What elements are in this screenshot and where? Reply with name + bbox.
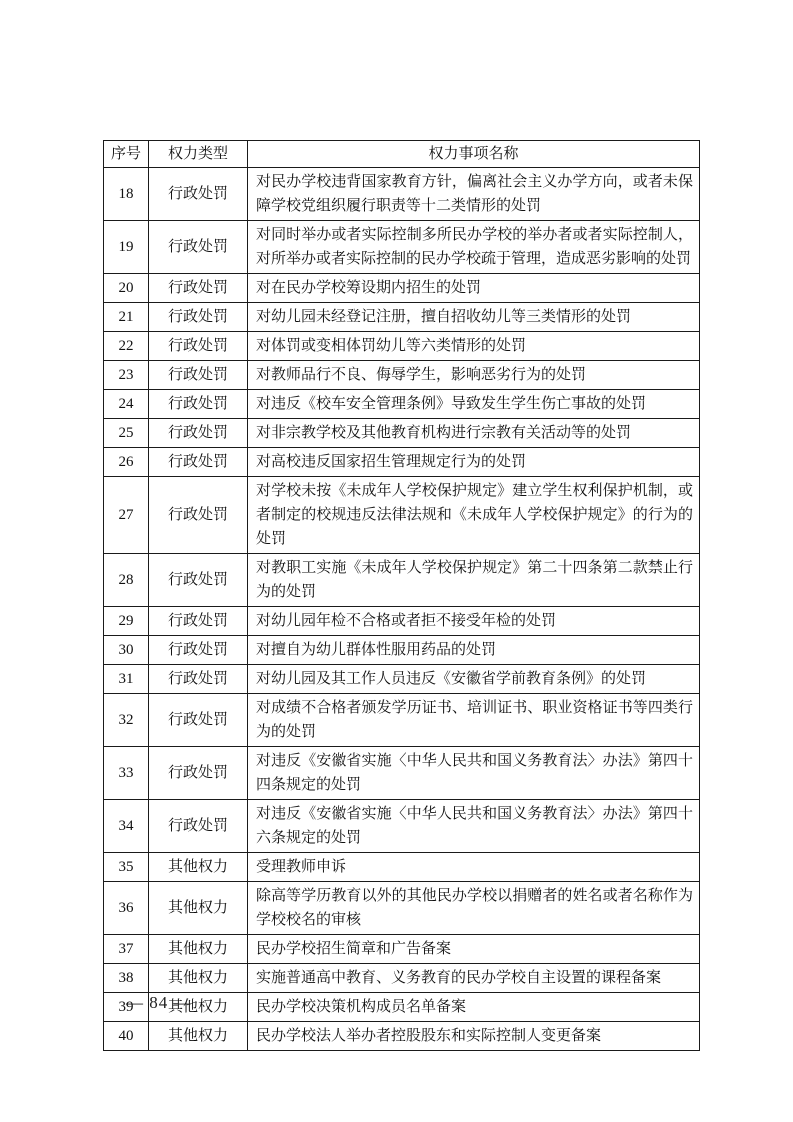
power-item-name-cell: 对教师品行不良、侮辱学生，影响恶劣行为的处罚 — [248, 361, 700, 390]
table-row: 31行政处罚对幼儿园及其工作人员违反《安徽省学前教育条例》的处罚 — [104, 665, 700, 694]
table-row: 36其他权力除高等学历教育以外的其他民办学校以捐赠者的姓名或者名称作为学校校名的… — [104, 882, 700, 935]
power-type-cell: 行政处罚 — [149, 419, 248, 448]
power-type-cell: 其他权力 — [149, 853, 248, 882]
power-item-name-cell: 民办学校法人举办者控股股东和实际控制人变更备案 — [248, 1022, 700, 1051]
table-row: 29行政处罚对幼儿园年检不合格或者拒不接受年检的处罚 — [104, 607, 700, 636]
power-items-table: 序号 权力类型 权力事项名称 18行政处罚对民办学校违背国家教育方针，偏离社会主… — [103, 140, 700, 1051]
header-power-item-name: 权力事项名称 — [248, 141, 700, 168]
header-serial-number: 序号 — [104, 141, 149, 168]
table-row: 39其他权力民办学校决策机构成员名单备案 — [104, 993, 700, 1022]
power-type-cell: 其他权力 — [149, 1022, 248, 1051]
table-row: 19行政处罚对同时举办或者实际控制多所民办学校的举办者或者实际控制人，对所举办或… — [104, 221, 700, 274]
power-item-name-cell: 对非宗教学校及其他教育机构进行宗教有关活动等的处罚 — [248, 419, 700, 448]
serial-number-cell: 30 — [104, 636, 149, 665]
power-type-cell: 行政处罚 — [149, 665, 248, 694]
table-row: 35其他权力受理教师申诉 — [104, 853, 700, 882]
table-body: 18行政处罚对民办学校违背国家教育方针，偏离社会主义办学方向，或者未保障学校党组… — [104, 168, 700, 1051]
serial-number-cell: 33 — [104, 747, 149, 800]
document-page: 序号 权力类型 权力事项名称 18行政处罚对民办学校违背国家教育方针，偏离社会主… — [0, 0, 793, 1122]
serial-number-cell: 40 — [104, 1022, 149, 1051]
serial-number-cell: 31 — [104, 665, 149, 694]
power-item-name-cell: 对成绩不合格者颁发学历证书、培训证书、职业资格证书等四类行为的处罚 — [248, 694, 700, 747]
table-header: 序号 权力类型 权力事项名称 — [104, 141, 700, 168]
table-row: 20行政处罚对在民办学校筹设期内招生的处罚 — [104, 274, 700, 303]
table-row: 28行政处罚对教职工实施《未成年人学校保护规定》第二十四条第二款禁止行为的处罚 — [104, 554, 700, 607]
table-row: 27行政处罚对学校未按《未成年人学校保护规定》建立学生权利保护机制，或者制定的校… — [104, 477, 700, 554]
power-item-name-cell: 对高校违反国家招生管理规定行为的处罚 — [248, 448, 700, 477]
table-row: 40其他权力民办学校法人举办者控股股东和实际控制人变更备案 — [104, 1022, 700, 1051]
table-header-row: 序号 权力类型 权力事项名称 — [104, 141, 700, 168]
power-item-name-cell: 民办学校招生简章和广告备案 — [248, 935, 700, 964]
serial-number-cell: 18 — [104, 168, 149, 221]
serial-number-cell: 28 — [104, 554, 149, 607]
power-type-cell: 行政处罚 — [149, 800, 248, 853]
table-row: 30行政处罚对擅自为幼儿群体性服用药品的处罚 — [104, 636, 700, 665]
power-type-cell: 其他权力 — [149, 964, 248, 993]
serial-number-cell: 36 — [104, 882, 149, 935]
power-item-name-cell: 对违反《校车安全管理条例》导致发生学生伤亡事故的处罚 — [248, 390, 700, 419]
header-power-type: 权力类型 — [149, 141, 248, 168]
power-type-cell: 行政处罚 — [149, 607, 248, 636]
power-item-name-cell: 对违反《安徽省实施〈中华人民共和国义务教育法〉办法》第四十六条规定的处罚 — [248, 800, 700, 853]
power-item-name-cell: 对学校未按《未成年人学校保护规定》建立学生权利保护机制，或者制定的校规违反法律法… — [248, 477, 700, 554]
serial-number-cell: 22 — [104, 332, 149, 361]
power-type-cell: 行政处罚 — [149, 303, 248, 332]
table-row: 37其他权力民办学校招生简章和广告备案 — [104, 935, 700, 964]
serial-number-cell: 23 — [104, 361, 149, 390]
power-item-name-cell: 对幼儿园未经登记注册，擅自招收幼儿等三类情形的处罚 — [248, 303, 700, 332]
power-item-name-cell: 对教职工实施《未成年人学校保护规定》第二十四条第二款禁止行为的处罚 — [248, 554, 700, 607]
table-row: 38其他权力实施普通高中教育、义务教育的民办学校自主设置的课程备案 — [104, 964, 700, 993]
page-number: — 84 — — [126, 993, 192, 1013]
table-row: 23行政处罚对教师品行不良、侮辱学生，影响恶劣行为的处罚 — [104, 361, 700, 390]
serial-number-cell: 27 — [104, 477, 149, 554]
power-item-name-cell: 受理教师申诉 — [248, 853, 700, 882]
serial-number-cell: 21 — [104, 303, 149, 332]
table-row: 24行政处罚对违反《校车安全管理条例》导致发生学生伤亡事故的处罚 — [104, 390, 700, 419]
serial-number-cell: 35 — [104, 853, 149, 882]
power-type-cell: 行政处罚 — [149, 636, 248, 665]
power-item-name-cell: 实施普通高中教育、义务教育的民办学校自主设置的课程备案 — [248, 964, 700, 993]
serial-number-cell: 34 — [104, 800, 149, 853]
table-row: 25行政处罚对非宗教学校及其他教育机构进行宗教有关活动等的处罚 — [104, 419, 700, 448]
serial-number-cell: 32 — [104, 694, 149, 747]
serial-number-cell: 19 — [104, 221, 149, 274]
serial-number-cell: 24 — [104, 390, 149, 419]
power-type-cell: 行政处罚 — [149, 448, 248, 477]
table-row: 26行政处罚对高校违反国家招生管理规定行为的处罚 — [104, 448, 700, 477]
table-row: 21行政处罚对幼儿园未经登记注册，擅自招收幼儿等三类情形的处罚 — [104, 303, 700, 332]
power-item-name-cell: 对民办学校违背国家教育方针，偏离社会主义办学方向，或者未保障学校党组织履行职责等… — [248, 168, 700, 221]
serial-number-cell: 38 — [104, 964, 149, 993]
power-type-cell: 行政处罚 — [149, 361, 248, 390]
power-type-cell: 行政处罚 — [149, 274, 248, 303]
power-item-name-cell: 除高等学历教育以外的其他民办学校以捐赠者的姓名或者名称作为学校校名的审核 — [248, 882, 700, 935]
table-row: 33行政处罚对违反《安徽省实施〈中华人民共和国义务教育法〉办法》第四十四条规定的… — [104, 747, 700, 800]
power-type-cell: 行政处罚 — [149, 332, 248, 361]
power-item-name-cell: 对体罚或变相体罚幼儿等六类情形的处罚 — [248, 332, 700, 361]
power-item-name-cell: 对幼儿园年检不合格或者拒不接受年检的处罚 — [248, 607, 700, 636]
serial-number-cell: 37 — [104, 935, 149, 964]
power-type-cell: 行政处罚 — [149, 477, 248, 554]
power-type-cell: 其他权力 — [149, 935, 248, 964]
power-type-cell: 行政处罚 — [149, 694, 248, 747]
table-row: 34行政处罚对违反《安徽省实施〈中华人民共和国义务教育法〉办法》第四十六条规定的… — [104, 800, 700, 853]
power-type-cell: 行政处罚 — [149, 747, 248, 800]
power-type-cell: 行政处罚 — [149, 221, 248, 274]
power-type-cell: 行政处罚 — [149, 390, 248, 419]
serial-number-cell: 20 — [104, 274, 149, 303]
power-item-name-cell: 对擅自为幼儿群体性服用药品的处罚 — [248, 636, 700, 665]
table-row: 32行政处罚对成绩不合格者颁发学历证书、培训证书、职业资格证书等四类行为的处罚 — [104, 694, 700, 747]
table-row: 18行政处罚对民办学校违背国家教育方针，偏离社会主义办学方向，或者未保障学校党组… — [104, 168, 700, 221]
table-row: 22行政处罚对体罚或变相体罚幼儿等六类情形的处罚 — [104, 332, 700, 361]
power-type-cell: 其他权力 — [149, 882, 248, 935]
power-items-table-container: 序号 权力类型 权力事项名称 18行政处罚对民办学校违背国家教育方针，偏离社会主… — [103, 140, 700, 1051]
serial-number-cell: 26 — [104, 448, 149, 477]
power-type-cell: 行政处罚 — [149, 554, 248, 607]
serial-number-cell: 29 — [104, 607, 149, 636]
power-type-cell: 行政处罚 — [149, 168, 248, 221]
power-item-name-cell: 民办学校决策机构成员名单备案 — [248, 993, 700, 1022]
power-item-name-cell: 对在民办学校筹设期内招生的处罚 — [248, 274, 700, 303]
power-item-name-cell: 对幼儿园及其工作人员违反《安徽省学前教育条例》的处罚 — [248, 665, 700, 694]
power-item-name-cell: 对同时举办或者实际控制多所民办学校的举办者或者实际控制人，对所举办或者实际控制的… — [248, 221, 700, 274]
power-item-name-cell: 对违反《安徽省实施〈中华人民共和国义务教育法〉办法》第四十四条规定的处罚 — [248, 747, 700, 800]
serial-number-cell: 25 — [104, 419, 149, 448]
